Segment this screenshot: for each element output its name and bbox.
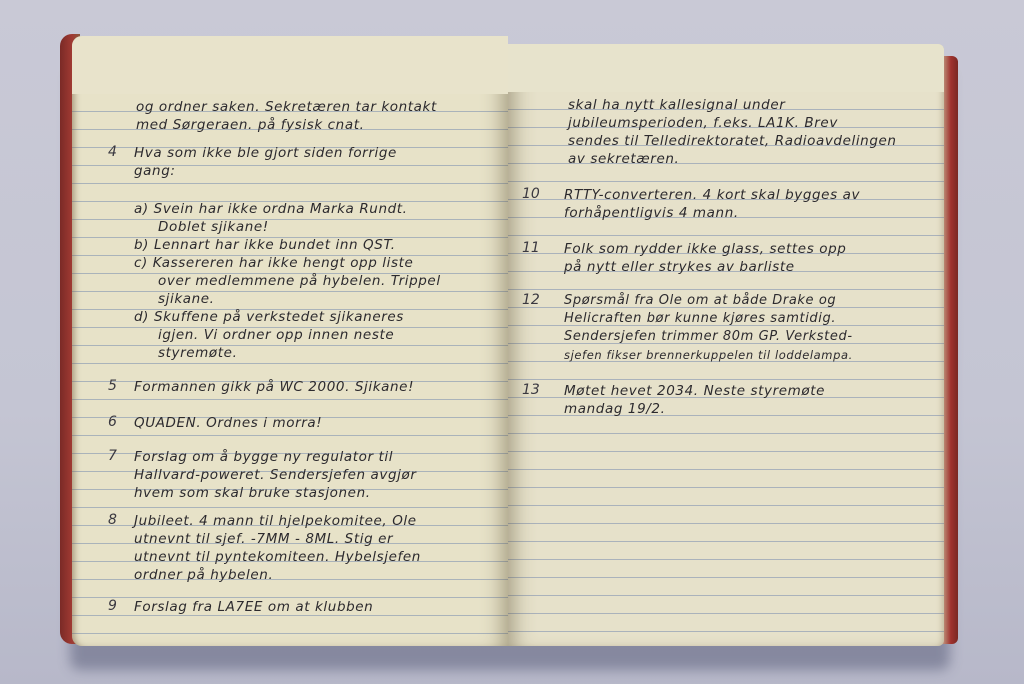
text-line: Helicraften bør kunne kjøres samtidig.: [564, 310, 853, 328]
text-line: Doblet sjikane!: [134, 218, 408, 236]
text-line: gang:: [134, 162, 397, 180]
text-line: RTTY-converteren. 4 kort skal bygges av: [564, 186, 860, 204]
text-line: utnevnt til pyntekomiteen. Hybelsjefen: [134, 548, 421, 566]
item-number: 6: [108, 414, 117, 430]
text-line: over medlemmene på hybelen. Trippel: [134, 272, 441, 290]
text-line: Forslag fra LA7EE om at klubben: [134, 598, 373, 616]
item-number: 11: [522, 240, 540, 256]
item-8: Jubileet. 4 mann til hjelpekomitee, Ole …: [134, 512, 421, 584]
text-line: sjefen fikser brennerkuppelen til loddel…: [564, 346, 853, 364]
text-line: QUADEN. Ordnes i morra!: [134, 414, 322, 432]
text-line: hvem som skal bruke stasjonen.: [134, 484, 417, 502]
text-line: sjikane.: [134, 290, 441, 308]
item-6: QUADEN. Ordnes i morra!: [134, 414, 322, 432]
subitem-label: b): [134, 237, 149, 253]
item-number: 9: [108, 598, 117, 614]
right-page: skal ha nytt kallesignal under jubileums…: [508, 44, 944, 646]
item-5: Formannen gikk på WC 2000. Sjikane!: [134, 378, 414, 396]
text-line: og ordner saken. Sekretæren tar kontakt: [136, 98, 437, 116]
page-header-margin: [72, 36, 508, 94]
subitem-a: a) Svein har ikke ordna Marka Rundt. Dob…: [134, 200, 408, 236]
text-line: Lennart har ikke bundet inn QST.: [154, 237, 396, 253]
text-line: utnevnt til sjef. -7MM - 8ML. Stig er: [134, 530, 421, 548]
text-line: Formannen gikk på WC 2000. Sjikane!: [134, 378, 414, 396]
text-line: Jubileet. 4 mann til hjelpekomitee, Ole: [134, 512, 421, 530]
item-number: 10: [522, 186, 540, 202]
text-line: Hva som ikke ble gjort siden forrige: [134, 144, 397, 162]
item-number: 8: [108, 512, 117, 528]
text-line: styremøte.: [134, 344, 404, 362]
subitem-c: c) Kassereren har ikke hengt opp liste o…: [134, 254, 441, 308]
item-10: RTTY-converteren. 4 kort skal bygges av …: [564, 186, 860, 222]
text-line: Folk som rydder ikke glass, settes opp: [564, 240, 846, 258]
text-line: jubileumsperioden, f.eks. LA1K. Brev: [568, 114, 897, 132]
item-9: Forslag fra LA7EE om at klubben: [134, 598, 373, 616]
continuation-text: skal ha nytt kallesignal under jubileums…: [568, 96, 897, 168]
text-line: ordner på hybelen.: [134, 566, 421, 584]
item-number: 12: [522, 292, 540, 308]
item-13: Møtet hevet 2034. Neste styremøte mandag…: [564, 382, 825, 418]
left-page: og ordner saken. Sekretæren tar kontakt …: [72, 36, 508, 646]
subitem-d: d) Skuffene på verkstedet sjikaneres igj…: [134, 308, 404, 362]
text-line: Skuffene på verkstedet sjikaneres: [154, 309, 404, 325]
text-line: forhåpentligvis 4 mann.: [564, 204, 860, 222]
subitem-label: d): [134, 309, 149, 325]
text-line: Hallvard-poweret. Sendersjefen avgjør: [134, 466, 417, 484]
text-line: Møtet hevet 2034. Neste styremøte: [564, 382, 825, 400]
item-11: Folk som rydder ikke glass, settes opp p…: [564, 240, 846, 276]
item-12: Spørsmål fra Ole om at både Drake og Hel…: [564, 292, 853, 364]
text-line: av sekretæren.: [568, 150, 897, 168]
item-number: 4: [108, 144, 117, 160]
page-header-margin: [508, 44, 944, 92]
text-line: Svein har ikke ordna Marka Rundt.: [154, 201, 408, 217]
item-number: 5: [108, 378, 117, 394]
text-line: Forslag om å bygge ny regulator til: [134, 448, 417, 466]
text-line: igjen. Vi ordner opp innen neste: [134, 326, 404, 344]
text-line: skal ha nytt kallesignal under: [568, 96, 897, 114]
text-line: sendes til Telledirektoratet, Radioavdel…: [568, 132, 897, 150]
text-line: på nytt eller strykes av barliste: [564, 258, 846, 276]
text-line: med Sørgeraen. på fysisk cnat.: [136, 116, 437, 134]
text-line: Spørsmål fra Ole om at både Drake og: [564, 292, 853, 310]
item-number: 7: [108, 448, 117, 464]
item-7: Forslag om å bygge ny regulator til Hall…: [134, 448, 417, 502]
continuation-text: og ordner saken. Sekretæren tar kontakt …: [136, 98, 437, 134]
subitem-label: a): [134, 201, 149, 217]
subitem-label: c): [134, 255, 148, 271]
text-line: Kassereren har ikke hengt opp liste: [153, 255, 414, 271]
text-line: mandag 19/2.: [564, 400, 825, 418]
item-4: Hva som ikke ble gjort siden forrige gan…: [134, 144, 397, 180]
subitem-b: b) Lennart har ikke bundet inn QST.: [134, 236, 396, 254]
text-line: Sendersjefen trimmer 80m GP. Verksted-: [564, 328, 853, 346]
notebook: og ordner saken. Sekretæren tar kontakt …: [0, 0, 1024, 684]
item-number: 13: [522, 382, 540, 398]
